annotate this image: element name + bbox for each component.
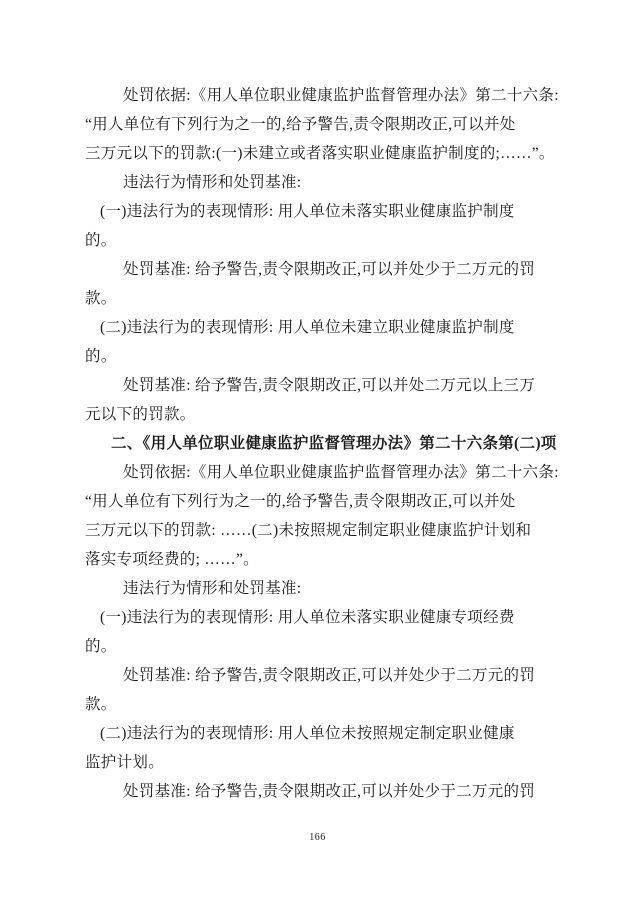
text-line: 处罚依据:《用人单位职业健康监护监督管理办法》第二十六条: (85, 81, 553, 110)
document-body: 处罚依据:《用人单位职业健康监护监督管理办法》第二十六条:“用人单位有下列行为之… (85, 81, 553, 806)
text-line: 处罚基准: 给予警告,责令限期改正,可以并处少于二万元的罚 (85, 777, 553, 806)
section-heading: 二、《用人单位职业健康监护监督管理办法》第二十六条第(二)项 (85, 429, 553, 458)
text-line: (二)违法行为的表现情形: 用人单位未按照规定制定职业健康 (85, 719, 553, 748)
text-line: 处罚基准: 给予警告,责令限期改正,可以并处二万元以上三万 (85, 371, 553, 400)
text-line: (一)违法行为的表现情形: 用人单位未落实职业健康监护制度 (85, 197, 553, 226)
text-line: 处罚依据:《用人单位职业健康监护监督管理办法》第二十六条: (85, 458, 553, 487)
text-line: 三万元以下的罚款: ……(二)未按照规定制定职业健康监护计划和 (85, 516, 553, 545)
text-line: 监护计划。 (85, 748, 553, 777)
page-number: 166 (0, 832, 635, 843)
text-line: “用人单位有下列行为之一的,给予警告,责令限期改正,可以并处 (85, 110, 553, 139)
text-line: 处罚基准: 给予警告,责令限期改正,可以并处少于二万元的罚 (85, 255, 553, 284)
text-line: 处罚基准: 给予警告,责令限期改正,可以并处少于二万元的罚 (85, 661, 553, 690)
text-line: 违法行为情形和处罚基准: (85, 168, 553, 197)
text-line: 款。 (85, 284, 553, 313)
document-page: 处罚依据:《用人单位职业健康监护监督管理办法》第二十六条:“用人单位有下列行为之… (0, 0, 635, 898)
text-line: 的。 (85, 632, 553, 661)
text-line: 的。 (85, 342, 553, 371)
text-line: 违法行为情形和处罚基准: (85, 574, 553, 603)
text-line: 的。 (85, 226, 553, 255)
text-line: (一)违法行为的表现情形: 用人单位未落实职业健康专项经费 (85, 603, 553, 632)
text-line: 落实专项经费的; ……”。 (85, 545, 553, 574)
text-line: (二)违法行为的表现情形: 用人单位未建立职业健康监护制度 (85, 313, 553, 342)
text-line: “用人单位有下列行为之一的,给予警告,责令限期改正,可以并处 (85, 487, 553, 516)
text-line: 款。 (85, 690, 553, 719)
text-line: 三万元以下的罚款:(一)未建立或者落实职业健康监护制度的;……”。 (85, 139, 553, 168)
text-line: 元以下的罚款。 (85, 400, 553, 429)
